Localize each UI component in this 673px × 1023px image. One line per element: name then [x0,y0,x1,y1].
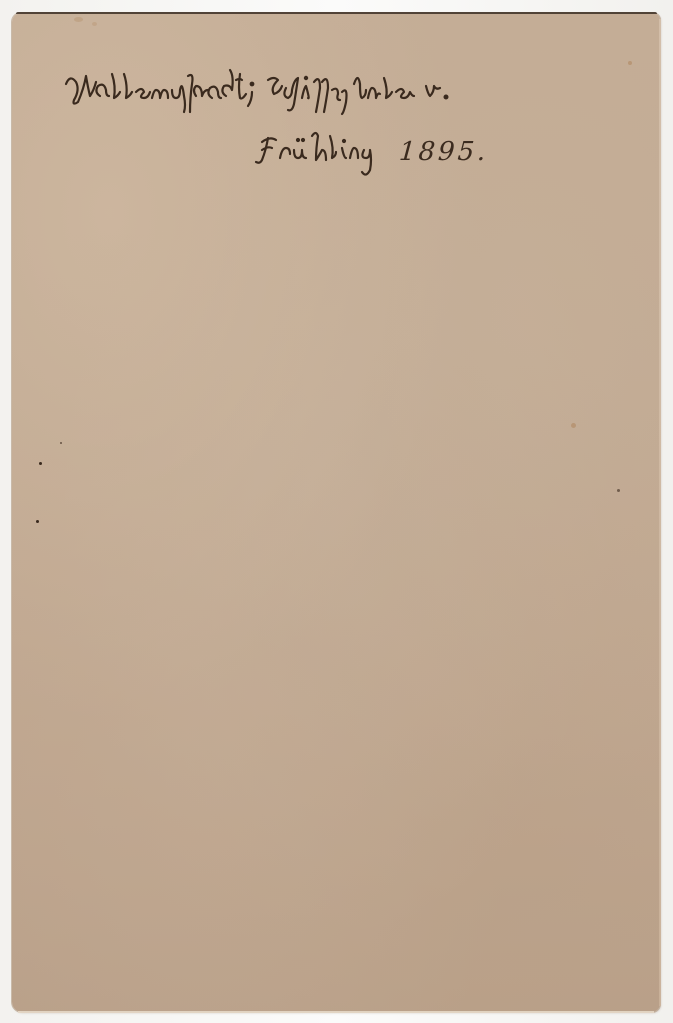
speck-mark [617,489,620,492]
inscription-line2-season: Frühling [256,138,466,171]
card-top-edge [16,12,657,14]
speck-mark [60,442,62,444]
foxing-stain [628,61,632,65]
foxing-stain [92,22,97,26]
card-right-edge [659,19,661,1006]
card-bottom-edge [18,1011,654,1013]
foxing-stain [74,17,83,22]
foxing-stain [571,423,576,428]
speck-mark [39,462,42,465]
speck-mark [36,520,39,523]
inscription-line1: Wallenstadt; Schießschule V. [64,70,474,103]
